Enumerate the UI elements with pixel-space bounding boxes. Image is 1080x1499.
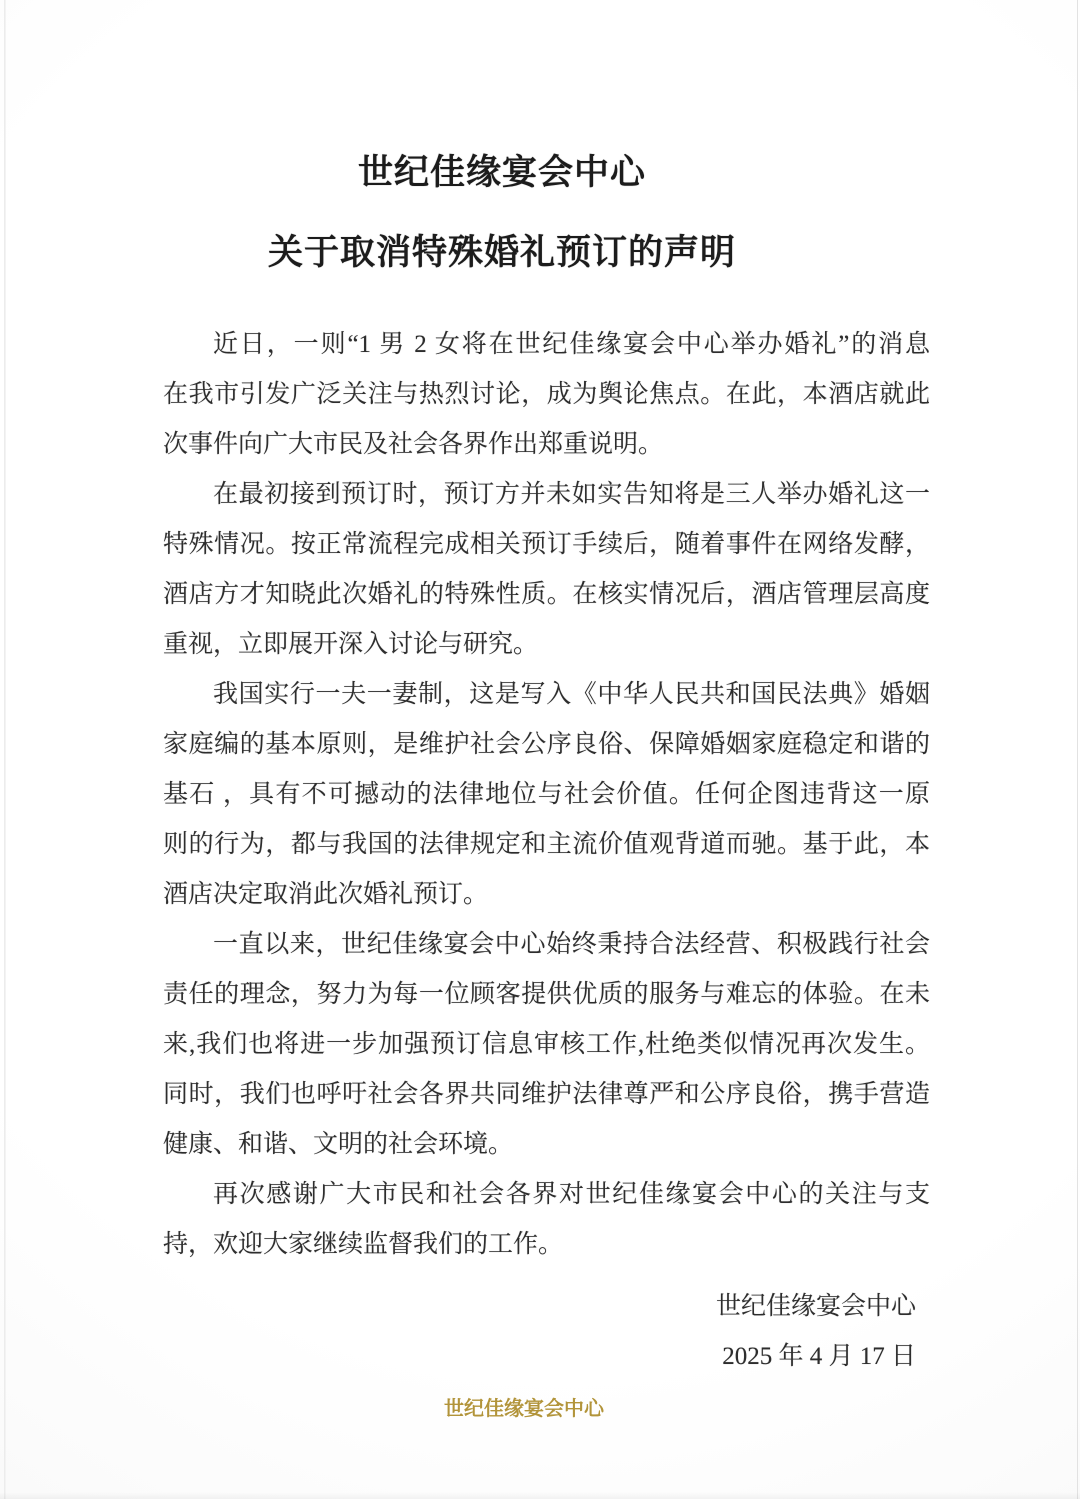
paragraph: 在最初接到预订时，预订方并未如实告知将是三人举办婚礼这一特殊情况。按正常流程完成…: [163, 470, 930, 670]
body-line: 特殊情况。按正常流程完成相关预订手续后，随着事件在网络发酵，: [163, 520, 930, 570]
body-line: 同时，我们也呼吁社会各界共同维护法律尊严和公序良俗，携手营造: [163, 1070, 930, 1120]
body-line: 则的行为，都与我国的法律规定和主流价值观背道而驰。基于此，本: [163, 820, 930, 870]
title-line-2: 关于取消特殊婚礼预订的声明: [0, 213, 1042, 293]
body-line: 酒店方才知晓此次婚礼的特殊性质。在核实情况后，酒店管理层高度: [163, 570, 930, 620]
closing-block: 世纪佳缘宴会中心2025 年 4 月 17 日: [163, 1282, 930, 1382]
paragraph: 一直以来，世纪佳缘宴会中心始终秉持合法经营、积极践行社会责任的理念，努力为每一位…: [163, 920, 930, 1170]
body-line: 在我市引发广泛关注与热烈讨论，成为舆论焦点。在此，本酒店就此: [163, 370, 930, 420]
statement-page: 世纪佳缘宴会中心 关于取消特殊婚礼预订的声明 近日，一则“1 男 2 女将在世纪…: [0, 0, 1080, 1499]
body-line: 一直以来，世纪佳缘宴会中心始终秉持合法经营、积极践行社会: [163, 920, 930, 970]
signature-line: 世纪佳缘宴会中心: [163, 1282, 930, 1332]
body-line: 家庭编的基本原则，是维护社会公序良俗、保障婚姻家庭稳定和谐的: [163, 720, 930, 770]
body-line: 近日，一则“1 男 2 女将在世纪佳缘宴会中心举办婚礼”的消息: [163, 320, 930, 370]
paragraph: 我国实行一夫一妻制，这是写入《中华人民共和国民法典》婚姻家庭编的基本原则，是维护…: [163, 670, 930, 920]
body-line: 次事件向广大市民及社会各界作出郑重说明。: [163, 420, 930, 470]
body-line: 健康、和谐、文明的社会环境。: [163, 1120, 930, 1170]
paragraph: 近日，一则“1 男 2 女将在世纪佳缘宴会中心举办婚礼”的消息在我市引发广泛关注…: [163, 320, 930, 470]
document-body: 近日，一则“1 男 2 女将在世纪佳缘宴会中心举办婚礼”的消息在我市引发广泛关注…: [163, 320, 930, 1382]
body-line: 持，欢迎大家继续监督我们的工作。: [163, 1220, 930, 1270]
body-line: 酒店决定取消此次婚礼预订。: [163, 870, 930, 920]
body-line: 基石 ，具有不可撼动的法律地位与社会价值。任何企图违背这一原: [163, 770, 930, 820]
body-line: 再次感谢广大市民和社会各界对世纪佳缘宴会中心的关注与支: [163, 1170, 930, 1220]
body-line: 在最初接到预订时，预订方并未如实告知将是三人举办婚礼这一: [163, 470, 930, 520]
page-edge-right: [1077, 0, 1078, 1499]
body-line: 我国实行一夫一妻制，这是写入《中华人民共和国民法典》婚姻: [163, 670, 930, 720]
watermark: 世纪佳缘宴会中心: [0, 1394, 1064, 1424]
document-title: 世纪佳缘宴会中心 关于取消特殊婚礼预订的声明: [0, 0, 1042, 293]
body-line: 责任的理念，努力为每一位顾客提供优质的服务与难忘的体验。在未: [163, 970, 930, 1020]
date-line: 2025 年 4 月 17 日: [163, 1332, 930, 1382]
body-line: 重视，立即展开深入讨论与研究。: [163, 620, 930, 670]
page-edge-bottom: [0, 1492, 1080, 1499]
paragraph: 再次感谢广大市民和社会各界对世纪佳缘宴会中心的关注与支持，欢迎大家继续监督我们的…: [163, 1170, 930, 1270]
title-line-1: 世纪佳缘宴会中心: [0, 133, 1042, 213]
body-line: 来,我们也将进一步加强预订信息审核工作,杜绝类似情况再次发生。: [163, 1020, 930, 1070]
